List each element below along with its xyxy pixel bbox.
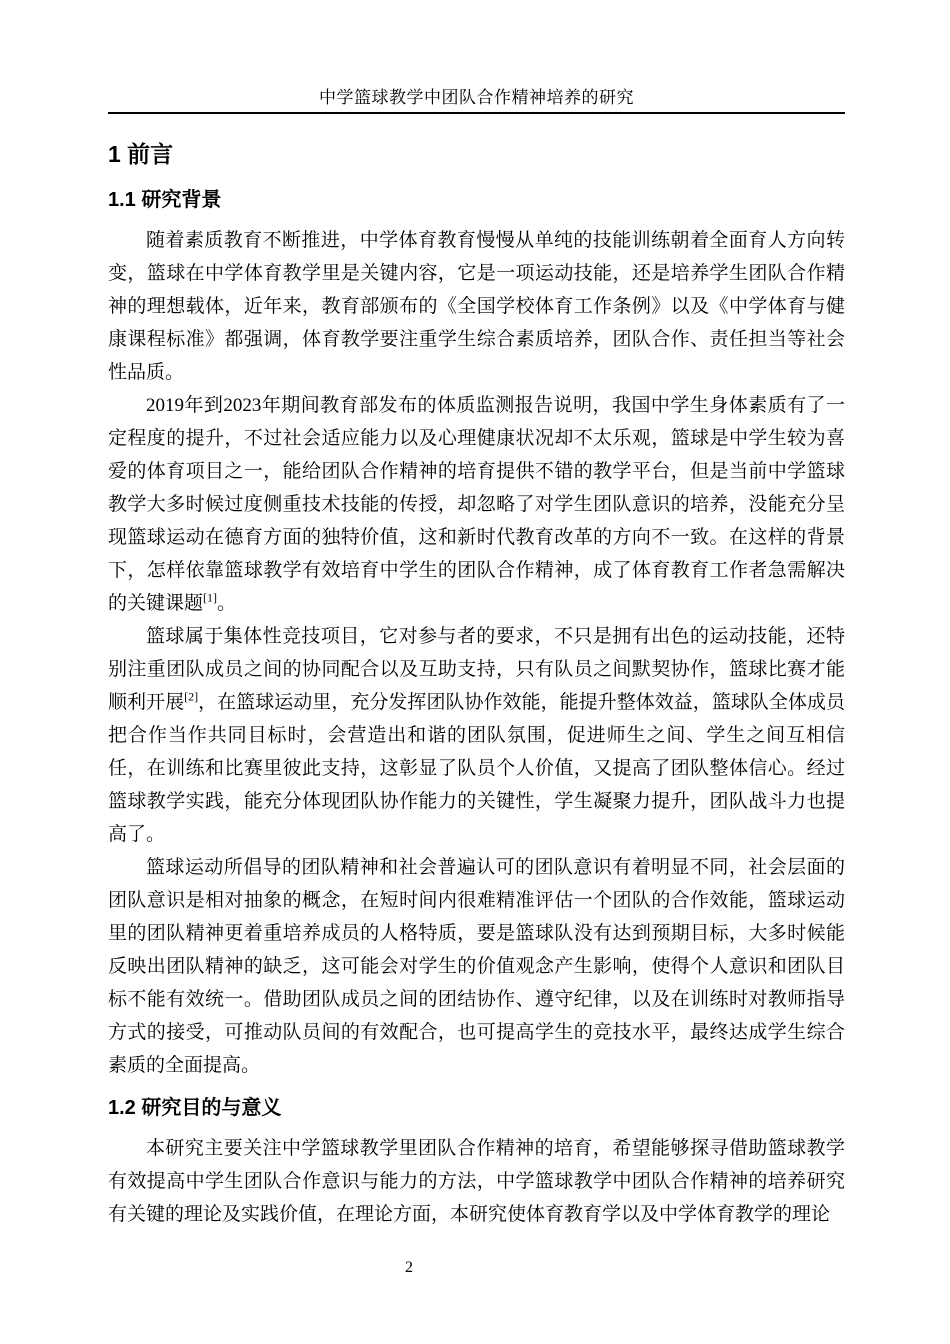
page-header: 中学篮球教学中团队合作精神培养的研究 <box>108 0 845 114</box>
paragraph-text: 2019年到2023年期间教育部发布的体质监测报告说明，我国中学生身体素质有了一… <box>108 395 845 614</box>
paragraph-text: 。 <box>217 593 236 614</box>
paragraph-text: ，在篮球运动里，充分发挥团队协作效能，能提升整体效益，篮球队全体成员把合作当作共… <box>108 692 845 845</box>
chapter-heading: 1 前言 <box>108 140 845 168</box>
paragraph-research-background-2: 2019年到2023年期间教育部发布的体质监测报告说明，我国中学生身体素质有了一… <box>108 389 845 620</box>
paragraph-research-background-3: 篮球属于集体性竞技项目，它对参与者的要求，不只是拥有出色的运动技能，还特别注重团… <box>108 620 845 851</box>
page-number: 2 <box>405 1258 413 1278</box>
header-title: 中学篮球教学中团队合作精神培养的研究 <box>108 86 845 110</box>
paragraph-purpose-significance-1: 本研究主要关注中学篮球教学里团队合作精神的培育，希望能够探寻借助篮球教学有效提高… <box>108 1132 845 1231</box>
paragraph-text: 本研究主要关注中学篮球教学里团队合作精神的培育，希望能够探寻借助篮球教学有效提高… <box>108 1138 845 1225</box>
paragraph-text: 随着素质教育不断推进，中学体育教育慢慢从单纯的技能训练朝着全面育人方向转变，篮球… <box>108 230 845 383</box>
paragraph-research-background-1: 随着素质教育不断推进，中学体育教育慢慢从单纯的技能训练朝着全面育人方向转变，篮球… <box>108 224 845 389</box>
footnote-ref-1: [1] <box>203 591 217 605</box>
document-page: 中学篮球教学中团队合作精神培养的研究 1 前言 1.1 研究背景 随着素质教育不… <box>0 0 950 1344</box>
section-heading-1-2: 1.2 研究目的与意义 <box>108 1096 845 1120</box>
section-heading-1-1: 1.1 研究背景 <box>108 188 845 212</box>
footnote-ref-2: [2] <box>184 690 198 704</box>
paragraph-research-background-4: 篮球运动所倡导的团队精神和社会普遍认可的团队意识有着明显不同，社会层面的团队意识… <box>108 851 845 1082</box>
paragraph-text: 篮球运动所倡导的团队精神和社会普遍认可的团队意识有着明显不同，社会层面的团队意识… <box>108 857 845 1076</box>
